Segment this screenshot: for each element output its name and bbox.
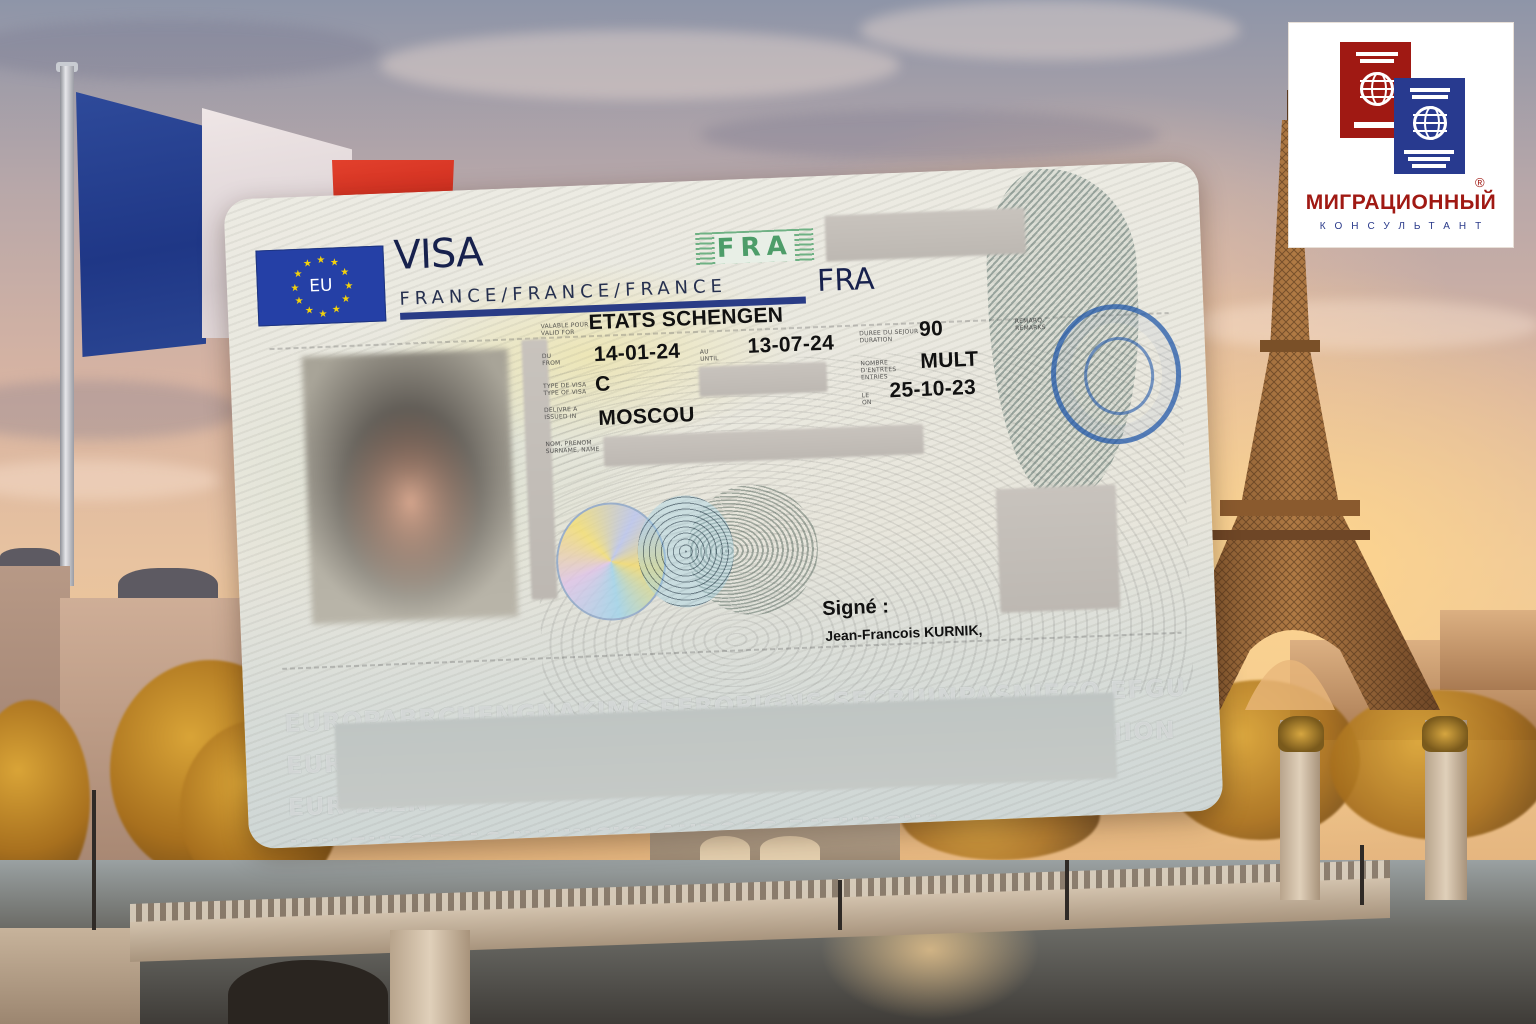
eu-star-icon: ★ [344,281,353,290]
visa-title: VISA [393,229,483,279]
field-until-date: 13-07-24 [747,331,834,358]
redacted-seal-area [996,484,1121,613]
eu-flag-badge: EU ★★★★★★★★★★★★ [255,245,386,326]
holder-photo-blurred [302,349,519,625]
eu-star-icon: ★ [316,255,325,264]
eu-star-icon: ★ [341,295,350,304]
company-logo[interactable]: ® МИГРАЦИОННЫЙ КОНСУЛЬТАНТ [1288,22,1514,248]
eu-star-icon: ★ [303,259,312,268]
field-issue-date: 25-10-23 [889,376,976,403]
eu-badge-text: EU [258,273,385,298]
flagpole [60,66,74,586]
registered-mark: ® [1475,175,1485,190]
eu-star-icon: ★ [332,305,341,314]
eu-star-icon: ★ [318,309,327,318]
eu-star-icon: ★ [293,270,302,279]
redacted-visa-number [824,208,1026,262]
security-country-code: FRA [695,228,814,267]
eu-star-icon: ★ [294,297,303,306]
signature-label: Signé : [822,595,890,621]
country-code: FRA [816,262,875,299]
logo-title: МИГРАЦИОННЫЙ [1289,191,1513,215]
eu-star-icon: ★ [290,283,299,292]
eu-star-icon: ★ [330,258,339,267]
eu-star-icon: ★ [340,268,349,277]
field-entries: MULT [920,348,979,374]
blue-passport-icon [1394,78,1465,174]
field-from-date: 14-01-24 [593,340,680,367]
redacted-passport-number [698,362,827,397]
logo-subtitle: КОНСУЛЬТАНТ [1289,221,1513,232]
field-duration-days: 90 [919,317,944,342]
field-issued-in: MOSCOU [598,403,695,431]
schengen-visa-card: EU ★★★★★★★★★★★★ VISA FRANCE/FRANCE/FRANC… [223,161,1223,850]
field-visa-type: C [595,372,611,397]
eu-star-icon: ★ [305,306,314,315]
